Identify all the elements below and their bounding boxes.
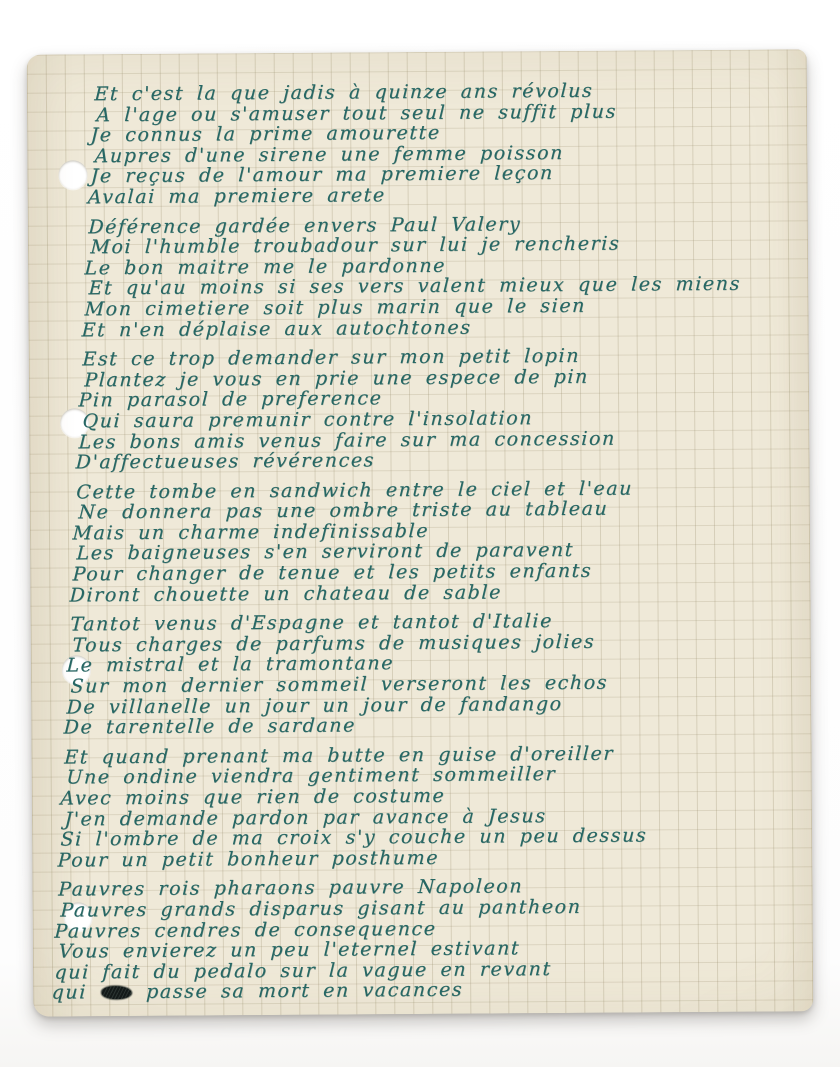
poem-line: Diront chouette un chateau de sable [69,580,776,606]
stanza: Déférence gardée envers Paul ValeryMoi l… [83,212,793,341]
poem-line: Et n'en déplaise aux autochtones [81,315,788,341]
stanza: Et c'est la que jadis à quinze ans révol… [89,79,799,208]
stanza: Cette tombe en sandwich entre le ciel et… [71,477,781,606]
poem-line: Pour un petit bonheur posthume [57,845,764,871]
poem-line: qui passe sa mort en vacances [51,978,758,1004]
poem-line: Avalai ma premiere arete [87,182,794,208]
punch-hole [58,160,87,189]
stanza: Tantot venus d'Espagne et tantot d'Itali… [65,610,775,739]
stanza: Est ce trop demander sur mon petit lopin… [77,345,787,474]
ink-scribble [101,986,132,999]
poem-line: D'affectueuses révérences [75,448,782,474]
stanza: Et quand prenant ma butte en guise d'ore… [59,742,769,871]
manuscript-page: Et c'est la que jadis à quinze ans révol… [27,49,814,1016]
poem: Et c'est la que jadis à quinze ans révol… [53,79,799,1012]
photo-background: Et c'est la que jadis à quinze ans révol… [0,0,840,1067]
poem-line: De tarentelle de sardane [63,713,770,739]
stanza: Pauvres rois pharaons pauvre NapoleonPau… [53,875,763,1004]
